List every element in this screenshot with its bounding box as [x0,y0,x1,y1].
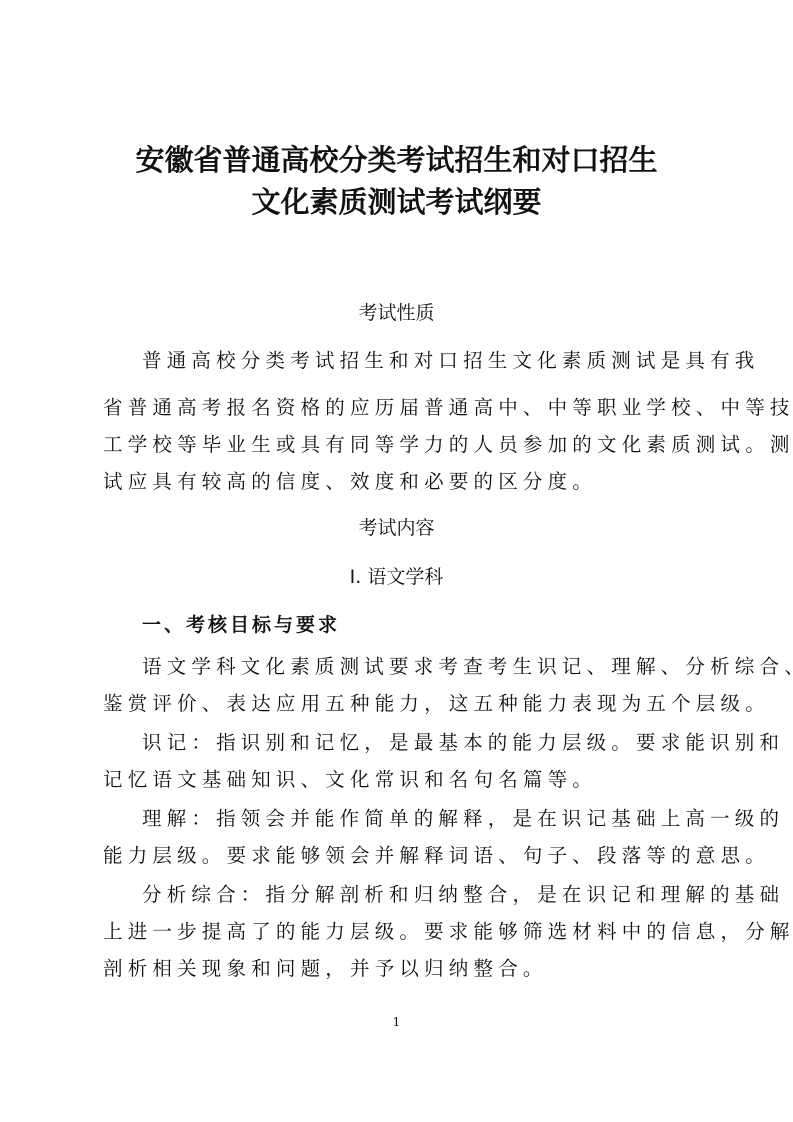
section-heading-exam-nature: 考试性质 [0,298,793,325]
document-title-line-2: 文化素质测试考试纲要 [0,180,793,221]
page-number: 1 [0,1015,793,1029]
paragraph-line: 普通高校分类考试招生和对口招生文化素质测试是具有我 [142,345,691,373]
paragraph-line: 省普通高考报名资格的应历届普通高中、中等职业学校、中等技 [103,392,691,420]
paragraph-line: 理解：指领会并能作简单的解释，是在识记基础上高一级的 [142,803,691,831]
subsection-heading-objectives: 一、考核目标与要求 [142,610,340,637]
paragraph-line: 鉴赏评价、表达应用五种能力，这五种能力表现为五个层级。 [103,688,691,716]
paragraph-line: 识记：指识别和记忆，是最基本的能力层级。要求能识别和 [142,727,691,755]
document-title-line-1: 安徽省普通高校分类考试招生和对口招生 [0,138,793,179]
paragraph-line: 分析综合：指分解剖析和归纳整合，是在识记和理解的基础 [142,879,691,907]
section-heading-exam-content: 考试内容 [0,513,793,540]
subject-heading-chinese: I. 语文学科 [0,562,793,589]
paragraph-line: 剖析相关现象和问题，并予以归纳整合。 [103,953,691,981]
paragraph-line: 记忆语文基础知识、文化常识和名句名篇等。 [103,764,691,792]
paragraph-line: 能力层级。要求能够领会并解释词语、句子、段落等的意思。 [103,840,691,868]
paragraph-line: 语文学科文化素质测试要求考查考生识记、理解、分析综合、 [142,651,691,679]
paragraph-line: 试应具有较高的信度、效度和必要的区分度。 [103,466,691,494]
paragraph-line: 工学校等毕业生或具有同等学力的人员参加的文化素质测试。测 [103,429,691,457]
paragraph-line: 上进一步提高了的能力层级。要求能够筛选材料中的信息，分解 [103,916,691,944]
